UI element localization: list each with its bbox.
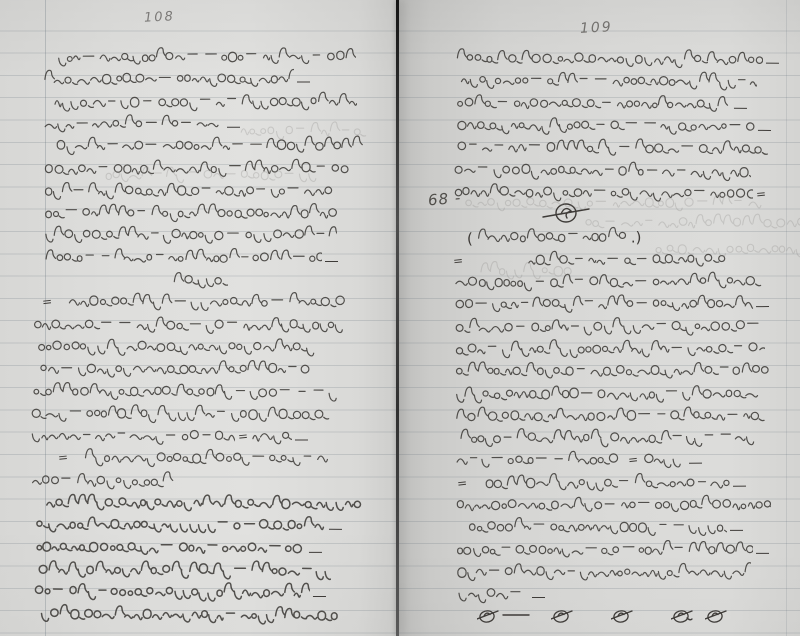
left-page: 108 === [0,0,398,636]
trailing-dash [313,596,326,597]
handwritten-line [38,600,338,628]
bleed-through-ghost-line [478,258,578,284]
trailing-dash [295,440,308,441]
bleed-through-ghost-line [102,162,322,188]
bleed-through-ghost-line [237,118,367,144]
trailing-dash [734,107,747,108]
trailing-dash [297,82,310,83]
handwritten-line [457,581,545,607]
line-prefix-mark: = [57,451,67,464]
line-prefix-mark: ( [467,232,473,247]
line-prefix-mark: = [452,254,462,267]
right-page-lines: =(.)=== [398,0,800,636]
trailing-dash [758,130,771,131]
trailing-dash [730,530,743,531]
line-suffix-mark: = [237,430,247,443]
bleed-through-ghost-line [583,210,800,236]
manuscript-scan: 108 === 109 68 - =(.)=== [0,0,800,636]
line-suffix-mark: = [627,454,637,467]
trailing-dash [689,463,702,464]
trailing-dash [325,261,338,262]
line-prefix-mark: = [456,477,466,490]
crossed-circle-mark [705,606,727,624]
trailing-dash [756,306,769,307]
trailing-dash [329,529,342,530]
trailing-dash [309,551,322,552]
trailing-dash [532,597,545,598]
crossed-circle-mark [671,606,693,624]
binding-fold [396,0,399,636]
crossed-circle-mark [551,606,573,624]
trailing-dash [733,485,746,486]
right-page: 109 68 - =(.)=== [398,0,800,636]
trailing-dash [756,552,769,553]
crossed-circle-mark [611,606,633,624]
bleed-through-ghost-line [653,236,800,262]
left-page-lines: === [0,0,398,636]
trailing-dash [766,63,779,64]
crossed-circle-mark [477,606,499,624]
line-prefix-mark: = [41,296,51,309]
dash-mark [501,606,531,624]
